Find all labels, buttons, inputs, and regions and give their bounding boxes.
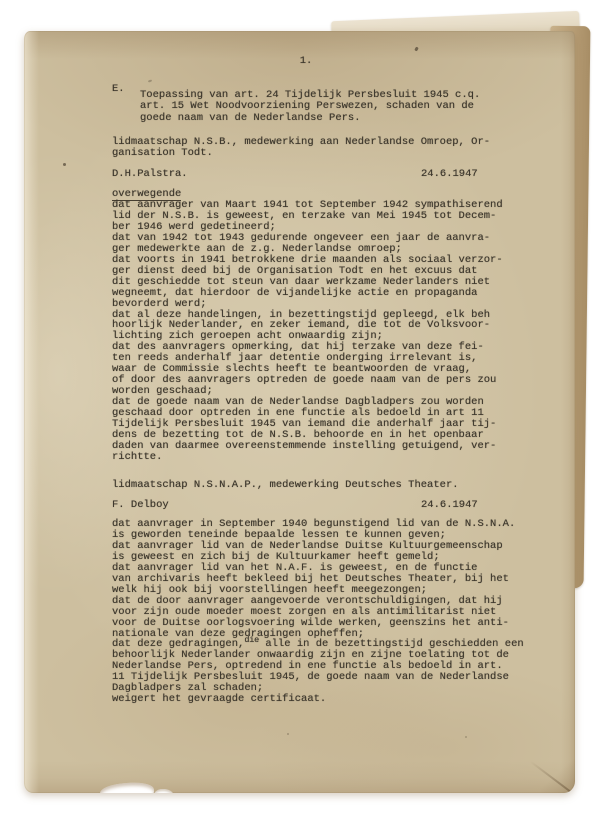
typed-line: voor de Duitse oorlogsvoering wilde werk… xyxy=(112,618,524,629)
case2-name-date-row: F. Delboy 24.6.1947 xyxy=(112,500,557,511)
typed-line: richtte. xyxy=(112,452,503,463)
typed-line: voor zijn oude moeder moest zorgen en al… xyxy=(112,607,524,618)
paper-speck xyxy=(287,733,289,735)
torn-edge-notch xyxy=(100,782,155,793)
document-photo: 1. E. Toepassing van art. 24 Tijdelijk P… xyxy=(0,0,600,822)
typewritten-page: 1. E. Toepassing van art. 24 Tijdelijk P… xyxy=(24,31,575,793)
typed-line: ganisation Todt. xyxy=(112,148,490,159)
paper-speck xyxy=(465,736,467,738)
paper-speck xyxy=(148,79,152,82)
case1-applicant-name: D.H.Palstra. xyxy=(112,169,188,180)
paper-speck xyxy=(414,47,419,52)
typed-line: bevorderd werd; xyxy=(112,299,503,310)
case2-membership: lidmaatschap N.S.N.A.P., medewerking Deu… xyxy=(112,480,459,491)
page-number: 1. xyxy=(276,56,336,67)
case1-considerations: dat aanvrager van Maart 1941 tot Septemb… xyxy=(112,200,503,463)
case1-name-date-row: D.H.Palstra. 24.6.1947 xyxy=(112,169,557,180)
subject-paragraph: Toepassing van art. 24 Tijdelijk Persbes… xyxy=(140,90,480,124)
case1-membership: lidmaatschap N.S.B., medewerking aan Ned… xyxy=(112,137,490,159)
typed-line: dat de door aanvrager aangevoerde veront… xyxy=(112,596,524,607)
typed-line: goede naam van de Nederlandse Pers. xyxy=(140,113,480,124)
typed-line: lidmaatschap N.S.N.A.P., medewerking Deu… xyxy=(112,480,459,491)
typed-line: weigert het gevraagde certificaat. xyxy=(112,694,524,705)
typed-line: wegneemt, dat hierdoor de vijandelijke a… xyxy=(112,288,503,299)
case1-date: 24.6.1947 xyxy=(421,169,478,180)
typed-line: art. 15 Wet Noodvoorziening Perswezen, s… xyxy=(140,101,480,112)
typed-line: dit geschiedde tot steun van daar werkza… xyxy=(112,277,503,288)
case2-considerations: dat aanvrager in September 1940 begunsti… xyxy=(112,519,524,705)
corner-curl-shade xyxy=(540,753,575,793)
item-marker: E. xyxy=(112,84,125,95)
inserted-word: die xyxy=(244,635,259,645)
torn-edge-nick xyxy=(153,788,174,793)
case2-date: 24.6.1947 xyxy=(421,500,478,511)
paper-speck xyxy=(63,163,66,166)
typed-line: daden van daarmee overeenstemmende inste… xyxy=(112,441,503,452)
case2-applicant-name: F. Delboy xyxy=(112,500,169,511)
